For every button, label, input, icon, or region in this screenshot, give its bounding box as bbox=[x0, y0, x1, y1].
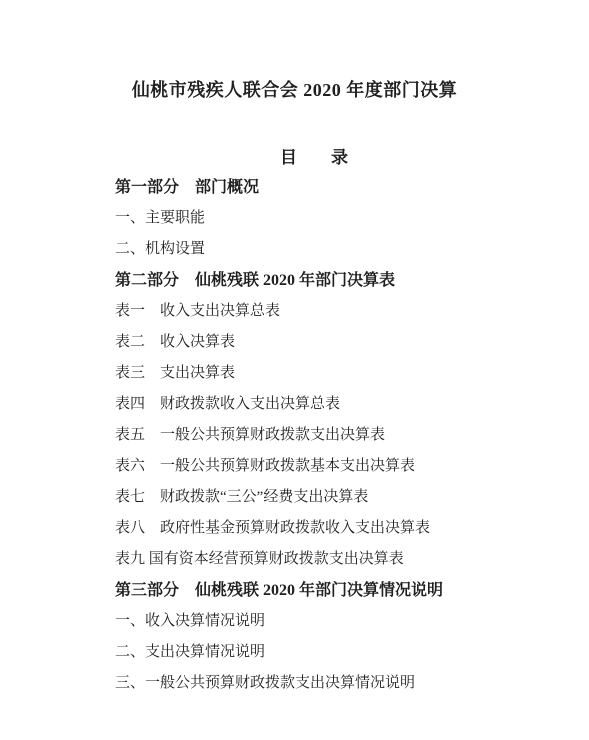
toc-item-expenditure-note: 二、支出决算情况说明 bbox=[115, 637, 585, 668]
toc-item-income-statement-note: 一、收入决算情况说明 bbox=[115, 606, 585, 637]
toc-part1-heading: 第一部分 部门概况 bbox=[115, 172, 585, 203]
toc-heading: 目 录 bbox=[280, 143, 348, 168]
toc-part3-heading: 第三部分 仙桃残联 2020 年部门决算情况说明 bbox=[115, 575, 585, 606]
document-title: 仙桃市残疾人联合会 2020 年度部门决算 bbox=[0, 76, 589, 102]
toc-item-table9: 表九 国有资本经营预算财政拨款支出决算表 bbox=[115, 544, 585, 575]
toc-item-table7: 表七 财政拨款“三公”经费支出决算表 bbox=[115, 482, 585, 513]
toc-item-table8: 表八 政府性基金预算财政拨款收入支出决算表 bbox=[115, 513, 585, 544]
toc-item-table3: 表三 支出决算表 bbox=[115, 358, 585, 389]
toc-item-budget-allocation-note: 三、一般公共预算财政拨款支出决算情况说明 bbox=[115, 668, 585, 699]
toc-item-table4: 表四 财政拨款收入支出决算总表 bbox=[115, 389, 585, 420]
toc-item-table5: 表五 一般公共预算财政拨款支出决算表 bbox=[115, 420, 585, 451]
toc-item-main-functions: 一、主要职能 bbox=[115, 203, 585, 234]
toc-item-org-structure: 二、机构设置 bbox=[115, 234, 585, 265]
document-page: 仙桃市残疾人联合会 2020 年度部门决算 目 录 第一部分 部门概况 一、主要… bbox=[0, 0, 589, 740]
toc-item-table6: 表六 一般公共预算财政拨款基本支出决算表 bbox=[115, 451, 585, 482]
toc-item-table1: 表一 收入支出决算总表 bbox=[115, 296, 585, 327]
toc-part2-heading: 第二部分 仙桃残联 2020 年部门决算表 bbox=[115, 265, 585, 296]
toc-item-table2: 表二 收入决算表 bbox=[115, 327, 585, 358]
toc-list: 第一部分 部门概况 一、主要职能 二、机构设置 第二部分 仙桃残联 2020 年… bbox=[115, 172, 585, 699]
